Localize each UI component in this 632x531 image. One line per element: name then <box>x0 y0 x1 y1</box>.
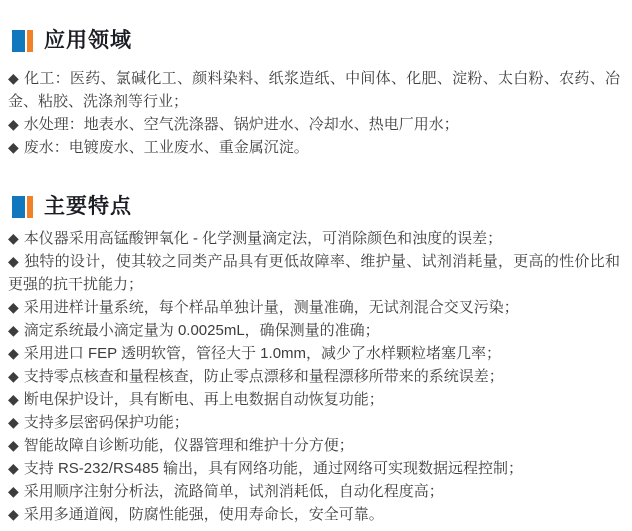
bullet-text: 废水：电镀废水、工业废水、重金属沉淀。 <box>24 139 309 156</box>
diamond-bullet-icon: ◆ <box>8 388 19 411</box>
section-marker-icon <box>12 196 33 218</box>
bullet-text: 采用进样计量系统，每个样品单独计量，测量准确，无试剂混合交叉污染； <box>24 299 519 316</box>
section-features: 主要特点 ◆本仪器采用高锰酸钾氧化 - 化学测量滴定法，可消除颜色和浊度的误差；… <box>0 195 632 526</box>
list-item: ◆独特的设计，使其较之同类产品具有更低故障率、维护量、试剂消耗量，更高的性价比和… <box>8 250 620 296</box>
bullet-text: 断电保护设计，具有断电、再上电数据自动恢复功能； <box>24 391 384 408</box>
diamond-bullet-icon: ◆ <box>8 113 19 136</box>
bullet-text: 水处理：地表水、空气洗涤器、锅炉进水、冷却水、热电厂用水； <box>24 116 459 133</box>
section-title-applications: 应用领域 <box>44 29 132 52</box>
marker-orange-bar <box>27 196 33 218</box>
diamond-bullet-icon: ◆ <box>8 365 19 388</box>
bullet-text: 支持 RS-232/RS485 输出，具有网络功能，通过网络可实现数据远程控制； <box>24 460 523 477</box>
list-item: ◆支持多层密码保护功能； <box>8 411 620 434</box>
applications-heading: 应用领域 <box>0 29 632 52</box>
list-item: ◆滴定系统最小滴定量为 0.0025mL，确保测量的准确； <box>8 319 620 342</box>
bullet-text: 独特的设计，使其较之同类产品具有更低故障率、维护量、试剂消耗量，更高的性价比和更… <box>8 253 620 293</box>
applications-list: ◆化工：医药、氯碱化工、颜料染料、纸浆造纸、中间体、化肥、淀粉、太白粉、农药、冶… <box>0 67 632 159</box>
diamond-bullet-icon: ◆ <box>8 434 19 457</box>
diamond-bullet-icon: ◆ <box>8 319 19 342</box>
bullet-text: 采用多通道阀，防腐性能强，使用寿命长，安全可靠。 <box>24 506 384 523</box>
section-marker-icon <box>12 30 33 52</box>
list-item: ◆废水：电镀废水、工业废水、重金属沉淀。 <box>8 136 620 159</box>
list-item: ◆智能故障自诊断功能，仪器管理和维护十分方便； <box>8 434 620 457</box>
product-document-page: 应用领域 ◆化工：医药、氯碱化工、颜料染料、纸浆造纸、中间体、化肥、淀粉、太白粉… <box>0 0 632 531</box>
diamond-bullet-icon: ◆ <box>8 457 19 480</box>
list-item: ◆采用进样计量系统，每个样品单独计量，测量准确，无试剂混合交叉污染； <box>8 296 620 319</box>
list-item: ◆采用进口 FEP 透明软管，管径大于 1.0mm，减少了水样颗粒堵塞几率； <box>8 342 620 365</box>
marker-blue-bar <box>12 30 25 52</box>
features-heading: 主要特点 <box>0 195 632 218</box>
diamond-bullet-icon: ◆ <box>8 480 19 503</box>
diamond-bullet-icon: ◆ <box>8 296 19 319</box>
list-item: ◆采用多通道阀，防腐性能强，使用寿命长，安全可靠。 <box>8 503 620 526</box>
section-applications: 应用领域 ◆化工：医药、氯碱化工、颜料染料、纸浆造纸、中间体、化肥、淀粉、太白粉… <box>0 0 632 159</box>
diamond-bullet-icon: ◆ <box>8 411 19 434</box>
features-list: ◆本仪器采用高锰酸钾氧化 - 化学测量滴定法，可消除颜色和浊度的误差； ◆独特的… <box>0 227 632 526</box>
diamond-bullet-icon: ◆ <box>8 227 19 250</box>
list-item: ◆化工：医药、氯碱化工、颜料染料、纸浆造纸、中间体、化肥、淀粉、太白粉、农药、冶… <box>8 67 620 113</box>
list-item: ◆采用顺序注射分析法，流路简单，试剂消耗低，自动化程度高； <box>8 480 620 503</box>
marker-blue-bar <box>12 196 25 218</box>
bullet-text: 采用进口 FEP 透明软管，管径大于 1.0mm，减少了水样颗粒堵塞几率； <box>24 345 501 362</box>
list-item: ◆支持零点核查和量程核查，防止零点漂移和量程漂移所带来的系统误差； <box>8 365 620 388</box>
section-title-features: 主要特点 <box>44 195 132 218</box>
diamond-bullet-icon: ◆ <box>8 67 19 90</box>
bullet-text: 化工：医药、氯碱化工、颜料染料、纸浆造纸、中间体、化肥、淀粉、太白粉、农药、冶金… <box>8 70 620 110</box>
diamond-bullet-icon: ◆ <box>8 136 19 159</box>
list-item: ◆支持 RS-232/RS485 输出，具有网络功能，通过网络可实现数据远程控制… <box>8 457 620 480</box>
list-item: ◆水处理：地表水、空气洗涤器、锅炉进水、冷却水、热电厂用水； <box>8 113 620 136</box>
list-item: ◆断电保护设计，具有断电、再上电数据自动恢复功能； <box>8 388 620 411</box>
bullet-text: 支持多层密码保护功能； <box>24 414 189 431</box>
bullet-text: 支持零点核查和量程核查，防止零点漂移和量程漂移所带来的系统误差； <box>24 368 504 385</box>
marker-orange-bar <box>27 30 33 52</box>
diamond-bullet-icon: ◆ <box>8 342 19 365</box>
list-item: ◆本仪器采用高锰酸钾氧化 - 化学测量滴定法，可消除颜色和浊度的误差； <box>8 227 620 250</box>
bullet-text: 智能故障自诊断功能，仪器管理和维护十分方便； <box>24 437 354 454</box>
bullet-text: 滴定系统最小滴定量为 0.0025mL，确保测量的准确； <box>24 322 380 339</box>
diamond-bullet-icon: ◆ <box>8 503 19 526</box>
diamond-bullet-icon: ◆ <box>8 250 19 273</box>
bullet-text: 采用顺序注射分析法，流路简单，试剂消耗低，自动化程度高； <box>24 483 444 500</box>
bullet-text: 本仪器采用高锰酸钾氧化 - 化学测量滴定法，可消除颜色和浊度的误差； <box>24 230 502 247</box>
